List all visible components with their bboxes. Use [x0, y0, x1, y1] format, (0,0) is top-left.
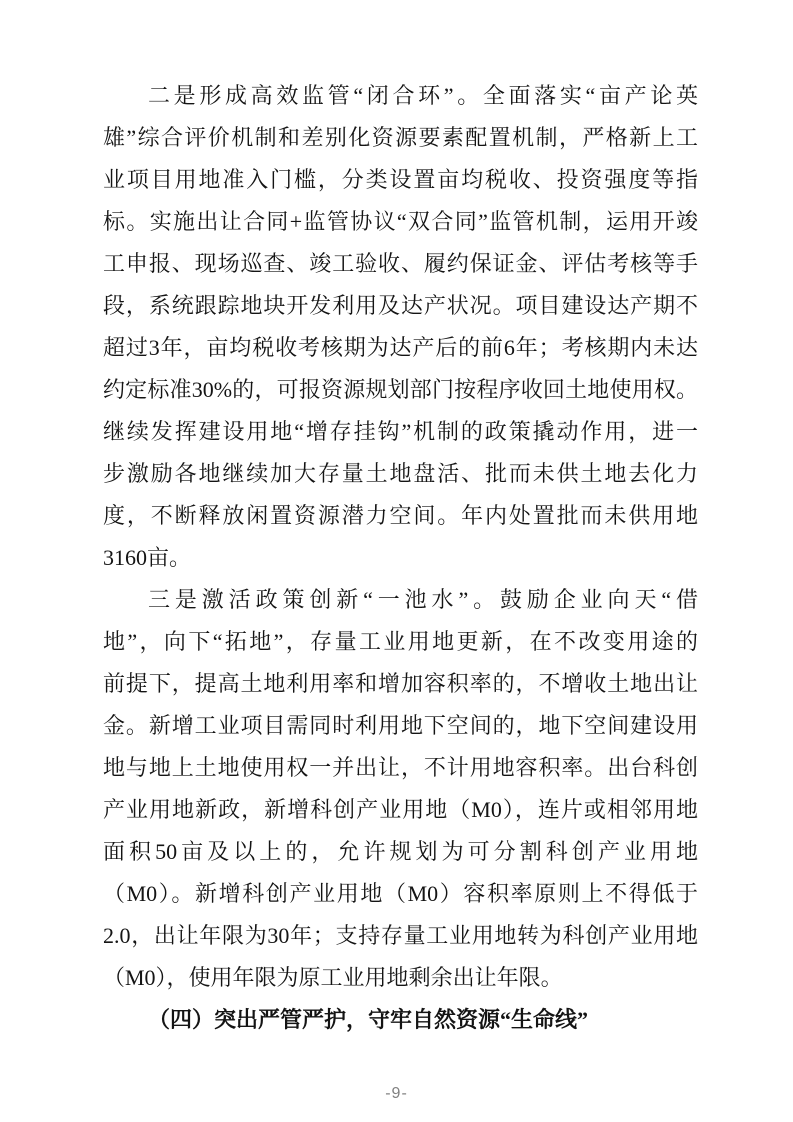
text-line: 产业用地新政，新增科创产业用地（M0），连片或相邻用地	[103, 789, 698, 831]
section-heading: （四）突出严管严护，守牢自然资源“生命线”	[103, 999, 698, 1041]
text-line: 标。实施出让合同+监管协议“双合同”监管机制，运用开竣	[103, 201, 698, 243]
text-line: （M0）。新增科创产业用地（M0）容积率原则上不得低于	[103, 873, 698, 915]
text-line: 步激励各地继续加大存量土地盘活、批而未供土地去化力	[103, 453, 698, 495]
text-line: 段，系统跟踪地块开发利用及达产状况。项目建设达产期不	[103, 285, 698, 327]
document-page: 二是形成高效监管“闭合环”。全面落实“亩产论英 雄”综合评价机制和差别化资源要素…	[0, 0, 793, 1122]
text-line: 2.0，出让年限为30年；支持存量工业用地转为科创产业用地	[103, 915, 698, 957]
text-line: 三是激活政策创新“一池水”。鼓励企业向天“借	[103, 579, 698, 621]
text-line: 度，不断释放闲置资源潜力空间。年内处置批而未供用地	[103, 495, 698, 537]
text-line: 工申报、现场巡查、竣工验收、履约保证金、评估考核等手	[103, 243, 698, 285]
text-line: 地与地上土地使用权一并出让，不计用地容积率。出台科创	[103, 747, 698, 789]
text-line: 金。新增工业项目需同时利用地下空间的，地下空间建设用	[103, 705, 698, 747]
text-line: 前提下，提高土地利用率和增加容积率的，不增收土地出让	[103, 663, 698, 705]
text-line: 雄”综合评价机制和差别化资源要素配置机制，严格新上工	[103, 117, 698, 159]
text-line: 超过3年，亩均税收考核期为达产后的前6年；考核期内未达	[103, 327, 698, 369]
paragraph-point-two: 二是形成高效监管“闭合环”。全面落实“亩产论英 雄”综合评价机制和差别化资源要素…	[103, 75, 698, 579]
text-line: 业项目用地准入门槛，分类设置亩均税收、投资强度等指	[103, 159, 698, 201]
text-line: （M0），使用年限为原工业用地剩余出让年限。	[103, 957, 698, 999]
text-line: 面积50亩及以上的，允许规划为可分割科创产业用地	[103, 831, 698, 873]
text-line: 3160亩。	[103, 537, 698, 579]
text-line: 继续发挥建设用地“增存挂钩”机制的政策撬动作用，进一	[103, 411, 698, 453]
page-footer: -9-	[0, 1085, 793, 1103]
page-number: -9-	[385, 1085, 408, 1102]
text-line: 地”，向下“拓地”，存量工业用地更新，在不改变用途的	[103, 621, 698, 663]
text-line: 约定标准30%的，可报资源规划部门按程序收回土地使用权。	[103, 369, 698, 411]
text-line: 二是形成高效监管“闭合环”。全面落实“亩产论英	[103, 75, 698, 117]
document-body: 二是形成高效监管“闭合环”。全面落实“亩产论英 雄”综合评价机制和差别化资源要素…	[103, 75, 698, 1041]
paragraph-point-three: 三是激活政策创新“一池水”。鼓励企业向天“借 地”，向下“拓地”，存量工业用地更…	[103, 579, 698, 999]
